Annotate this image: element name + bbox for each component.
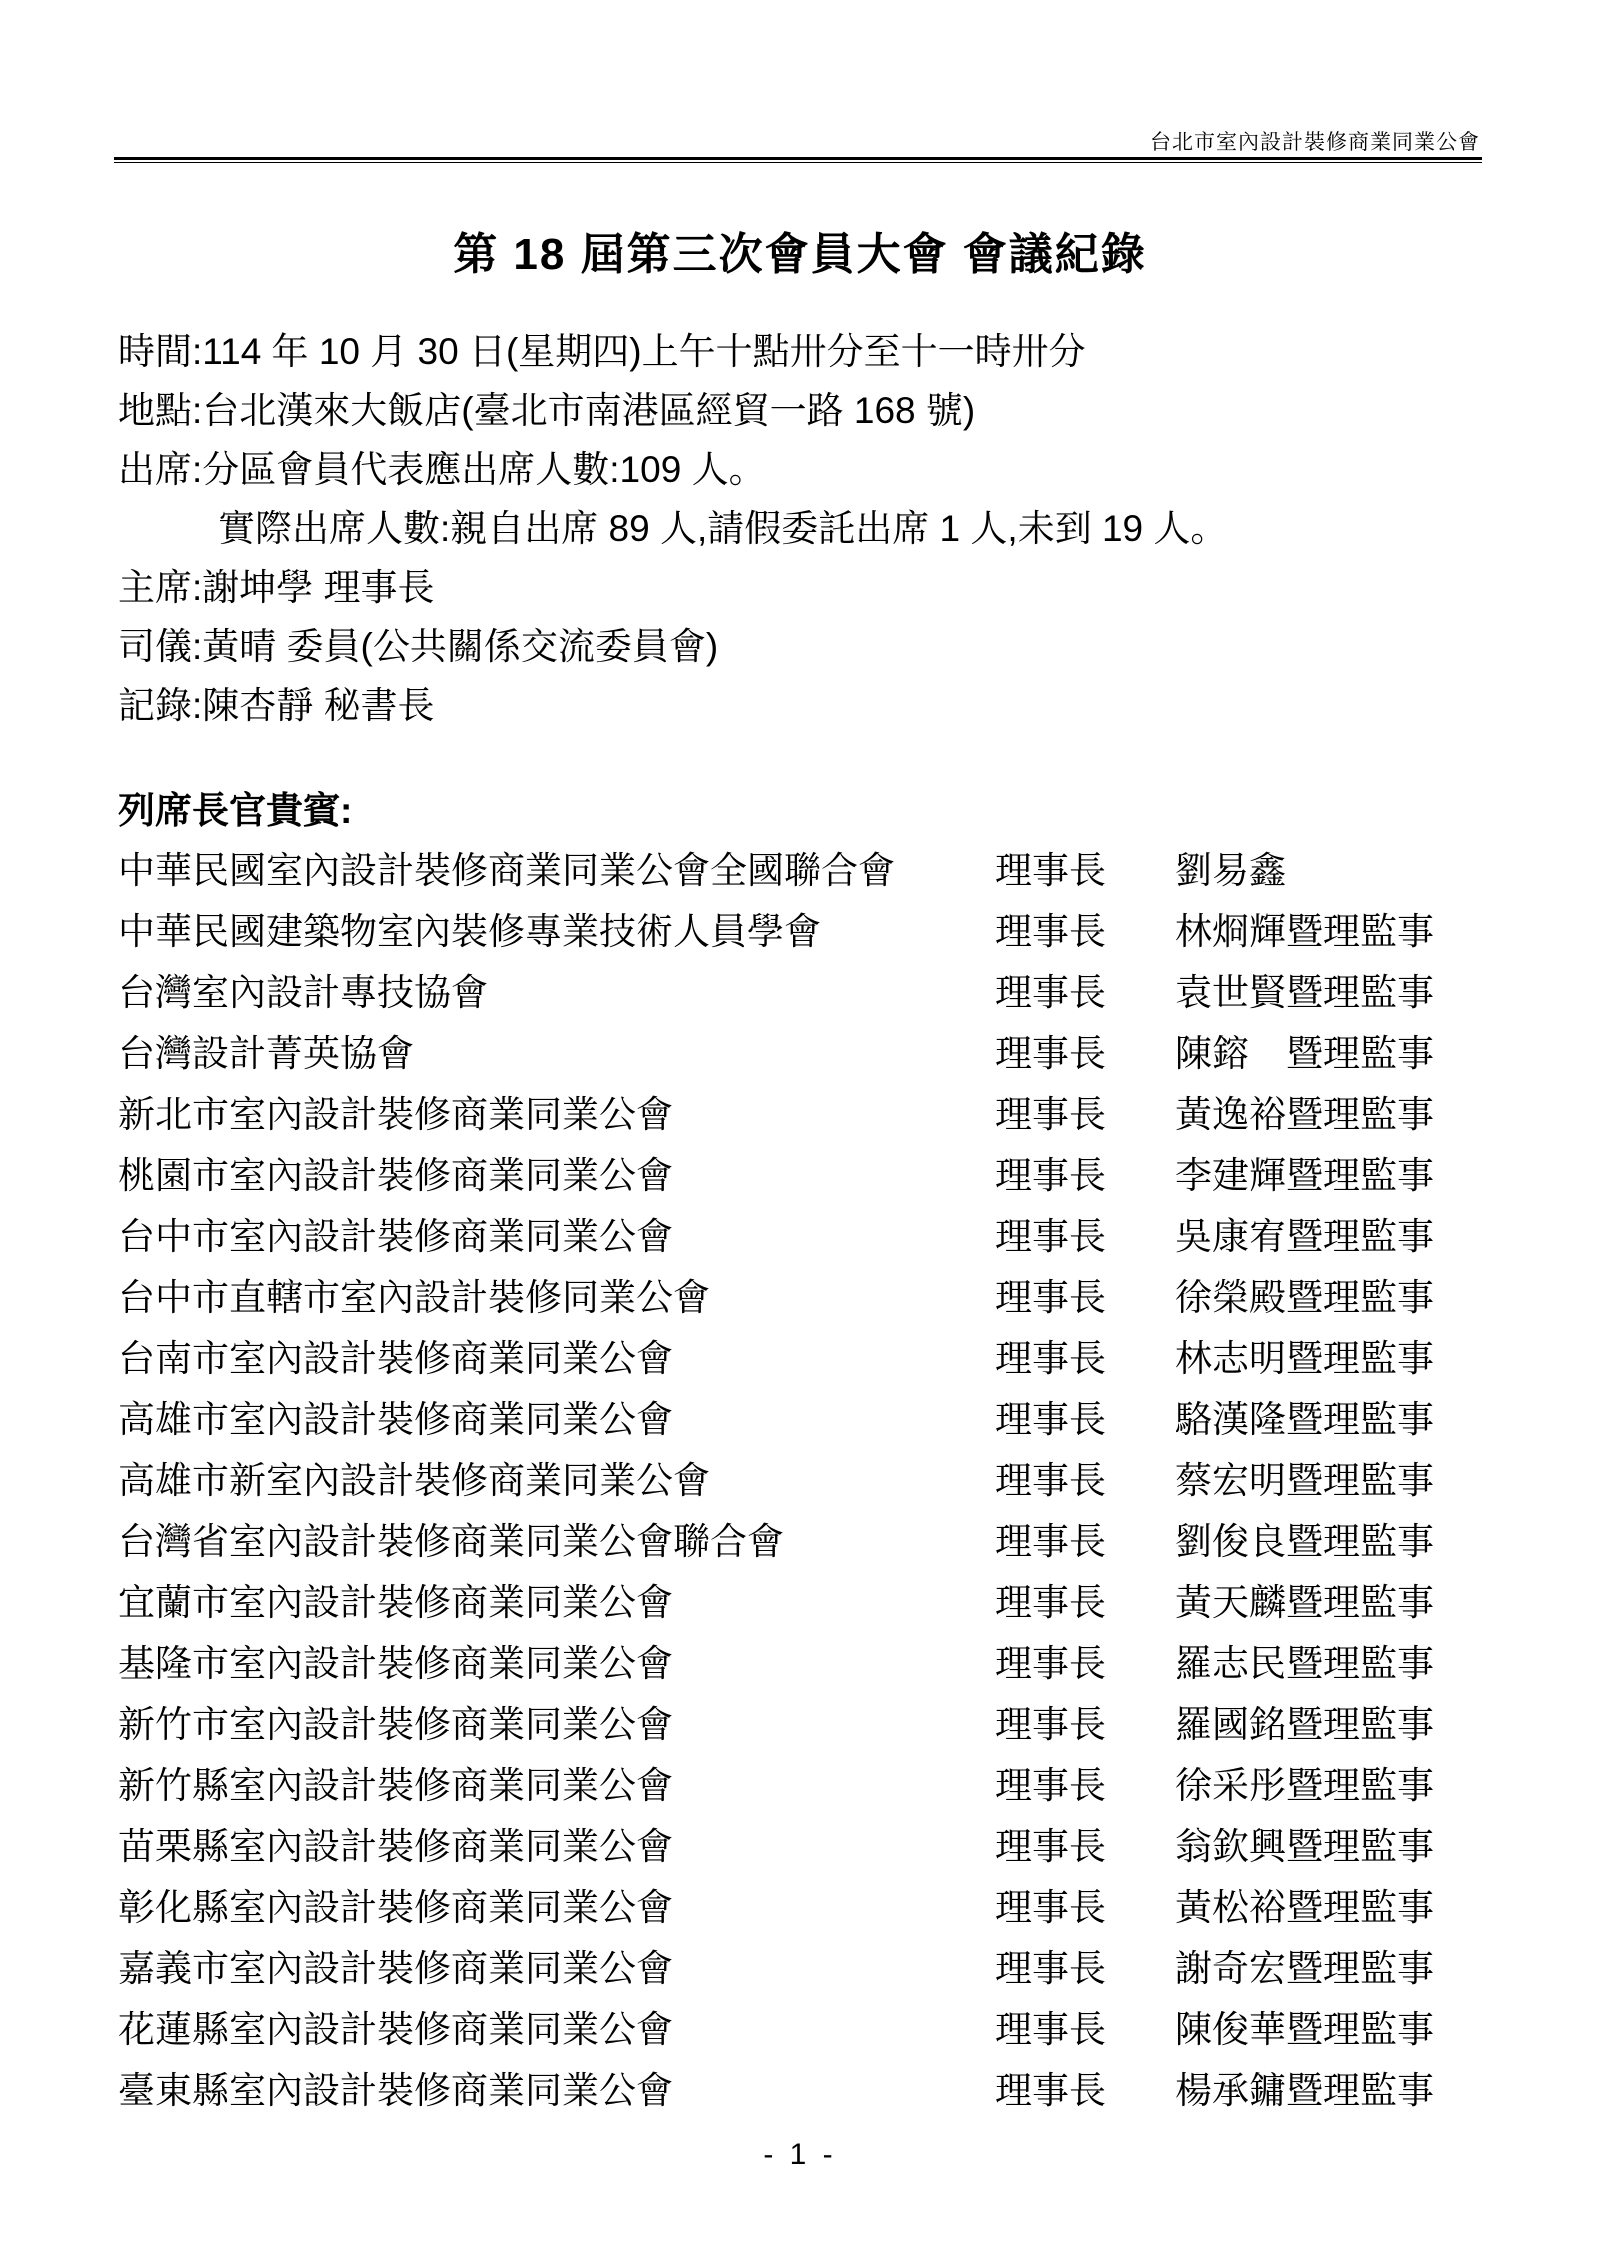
guest-title: 理事長 [995, 2060, 1175, 2121]
meeting-info-line: 時間:114 年 10 月 30 日(星期四)上午十點卅分至十一時卅分 [118, 322, 1500, 381]
guest-name: 林志明暨理監事 [1175, 1328, 1510, 1389]
guest-name: 林烱輝暨理監事 [1175, 901, 1510, 962]
guest-name: 羅國銘暨理監事 [1175, 1694, 1510, 1755]
guest-title: 理事長 [995, 962, 1175, 1023]
header-rule [114, 157, 1482, 163]
guest-row: 中華民國建築物室內裝修專業技術人員學會理事長林烱輝暨理監事 [118, 901, 1510, 962]
guest-title: 理事長 [995, 1389, 1175, 1450]
guest-organization: 台中市室內設計裝修商業同業公會 [118, 1206, 995, 1267]
guest-name: 謝奇宏暨理監事 [1175, 1938, 1510, 1999]
guest-name: 吳康宥暨理監事 [1175, 1206, 1510, 1267]
meeting-info-line: 出席:分區會員代表應出席人數:109 人。 [118, 440, 1500, 499]
guest-row: 台南市室內設計裝修商業同業公會理事長林志明暨理監事 [118, 1328, 1510, 1389]
guest-title: 理事長 [995, 840, 1175, 901]
guest-title: 理事長 [995, 1328, 1175, 1389]
guest-row: 基隆市室內設計裝修商業同業公會理事長羅志民暨理監事 [118, 1633, 1510, 1694]
guest-title: 理事長 [995, 901, 1175, 962]
guest-organization: 苗栗縣室內設計裝修商業同業公會 [118, 1816, 995, 1877]
guest-organization: 台南市室內設計裝修商業同業公會 [118, 1328, 995, 1389]
guest-organization: 新竹縣室內設計裝修商業同業公會 [118, 1755, 995, 1816]
guest-name: 李建輝暨理監事 [1175, 1145, 1510, 1206]
guest-title: 理事長 [995, 1755, 1175, 1816]
guest-name: 黃逸裕暨理監事 [1175, 1084, 1510, 1145]
guest-title: 理事長 [995, 1816, 1175, 1877]
guest-row: 中華民國室內設計裝修商業同業公會全國聯合會理事長劉易鑫 [118, 840, 1510, 901]
guest-name: 駱漢隆暨理監事 [1175, 1389, 1510, 1450]
guest-title: 理事長 [995, 1450, 1175, 1511]
guest-organization: 宜蘭市室內設計裝修商業同業公會 [118, 1572, 995, 1633]
guest-list: 中華民國室內設計裝修商業同業公會全國聯合會理事長劉易鑫中華民國建築物室內裝修專業… [118, 840, 1510, 2121]
guest-row: 嘉義市室內設計裝修商業同業公會理事長謝奇宏暨理監事 [118, 1938, 1510, 1999]
guest-organization: 臺東縣室內設計裝修商業同業公會 [118, 2060, 995, 2121]
meeting-info-line: 實際出席人數:親自出席 89 人,請假委託出席 1 人,未到 19 人。 [118, 499, 1500, 558]
guest-organization: 中華民國室內設計裝修商業同業公會全國聯合會 [118, 840, 995, 901]
guest-title: 理事長 [995, 1511, 1175, 1572]
guest-organization: 高雄市新室內設計裝修商業同業公會 [118, 1450, 995, 1511]
meeting-info-line: 司儀:黃晴 委員(公共關係交流委員會) [118, 617, 1500, 676]
guest-organization: 新竹市室內設計裝修商業同業公會 [118, 1694, 995, 1755]
guest-row: 彰化縣室內設計裝修商業同業公會理事長黃松裕暨理監事 [118, 1877, 1510, 1938]
guest-name: 黃松裕暨理監事 [1175, 1877, 1510, 1938]
guest-organization: 台灣設計菁英協會 [118, 1023, 995, 1084]
guest-organization: 中華民國建築物室內裝修專業技術人員學會 [118, 901, 995, 962]
page-title: 第 18 屆第三次會員大會 會議紀錄 [0, 218, 1600, 282]
guest-name: 楊承鏞暨理監事 [1175, 2060, 1510, 2121]
guest-row: 高雄市室內設計裝修商業同業公會理事長駱漢隆暨理監事 [118, 1389, 1510, 1450]
guest-organization: 台灣室內設計專技協會 [118, 962, 995, 1023]
document-page: 台北市室內設計裝修商業同業公會 第 18 屆第三次會員大會 會議紀錄 時間:11… [0, 0, 1600, 2263]
guest-name: 袁世賢暨理監事 [1175, 962, 1510, 1023]
guest-row: 台中市直轄市室內設計裝修同業公會理事長徐榮殿暨理監事 [118, 1267, 1510, 1328]
guest-row: 苗栗縣室內設計裝修商業同業公會理事長翁欽興暨理監事 [118, 1816, 1510, 1877]
guest-title: 理事長 [995, 1572, 1175, 1633]
guest-row: 花蓮縣室內設計裝修商業同業公會理事長陳俊華暨理監事 [118, 1999, 1510, 2060]
guest-name: 黃天麟暨理監事 [1175, 1572, 1510, 1633]
guest-name: 陳鎔 暨理監事 [1175, 1023, 1510, 1084]
guest-row: 高雄市新室內設計裝修商業同業公會理事長蔡宏明暨理監事 [118, 1450, 1510, 1511]
guest-title: 理事長 [995, 1145, 1175, 1206]
guest-title: 理事長 [995, 1633, 1175, 1694]
guest-name: 徐榮殿暨理監事 [1175, 1267, 1510, 1328]
guest-name: 劉俊良暨理監事 [1175, 1511, 1510, 1572]
meeting-info-line: 記錄:陳杏靜 秘書長 [118, 676, 1500, 735]
guest-title: 理事長 [995, 1023, 1175, 1084]
guest-title: 理事長 [995, 1267, 1175, 1328]
guest-name: 徐采彤暨理監事 [1175, 1755, 1510, 1816]
guest-organization: 桃園市室內設計裝修商業同業公會 [118, 1145, 995, 1206]
guest-row: 新竹市室內設計裝修商業同業公會理事長羅國銘暨理監事 [118, 1694, 1510, 1755]
guest-organization: 彰化縣室內設計裝修商業同業公會 [118, 1877, 995, 1938]
guest-row: 新竹縣室內設計裝修商業同業公會理事長徐采彤暨理監事 [118, 1755, 1510, 1816]
guest-organization: 基隆市室內設計裝修商業同業公會 [118, 1633, 995, 1694]
guest-title: 理事長 [995, 1938, 1175, 1999]
guest-title: 理事長 [995, 1877, 1175, 1938]
guest-organization: 新北市室內設計裝修商業同業公會 [118, 1084, 995, 1145]
guest-organization: 台灣省室內設計裝修商業同業公會聯合會 [118, 1511, 995, 1572]
meeting-info: 時間:114 年 10 月 30 日(星期四)上午十點卅分至十一時卅分地點:台北… [118, 322, 1500, 735]
meeting-info-line: 主席:謝坤學 理事長 [118, 558, 1500, 617]
meeting-info-line: 地點:台北漢來大飯店(臺北市南港區經貿一路 168 號) [118, 381, 1500, 440]
guest-title: 理事長 [995, 1694, 1175, 1755]
guest-organization: 台中市直轄市室內設計裝修同業公會 [118, 1267, 995, 1328]
guest-title: 理事長 [995, 1084, 1175, 1145]
guest-organization: 高雄市室內設計裝修商業同業公會 [118, 1389, 995, 1450]
page-number: - 1 - [0, 2138, 1600, 2172]
guest-title: 理事長 [995, 1206, 1175, 1267]
guest-organization: 花蓮縣室內設計裝修商業同業公會 [118, 1999, 995, 2060]
guest-section-heading: 列席長官貴賓: [118, 780, 352, 834]
guest-name: 蔡宏明暨理監事 [1175, 1450, 1510, 1511]
guest-row: 台中市室內設計裝修商業同業公會理事長吳康宥暨理監事 [118, 1206, 1510, 1267]
header-association-name: 台北市室內設計裝修商業同業公會 [1150, 131, 1480, 154]
guest-row: 台灣室內設計專技協會理事長袁世賢暨理監事 [118, 962, 1510, 1023]
guest-name: 翁欽興暨理監事 [1175, 1816, 1510, 1877]
guest-organization: 嘉義市室內設計裝修商業同業公會 [118, 1938, 995, 1999]
guest-name: 羅志民暨理監事 [1175, 1633, 1510, 1694]
guest-name: 劉易鑫 [1175, 840, 1510, 901]
guest-row: 桃園市室內設計裝修商業同業公會理事長李建輝暨理監事 [118, 1145, 1510, 1206]
guest-title: 理事長 [995, 1999, 1175, 2060]
guest-row: 宜蘭市室內設計裝修商業同業公會理事長黃天麟暨理監事 [118, 1572, 1510, 1633]
guest-name: 陳俊華暨理監事 [1175, 1999, 1510, 2060]
page-header: 台北市室內設計裝修商業同業公會 [118, 126, 1480, 156]
guest-row: 台灣省室內設計裝修商業同業公會聯合會理事長劉俊良暨理監事 [118, 1511, 1510, 1572]
guest-row: 臺東縣室內設計裝修商業同業公會理事長楊承鏞暨理監事 [118, 2060, 1510, 2121]
guest-row: 新北市室內設計裝修商業同業公會理事長黃逸裕暨理監事 [118, 1084, 1510, 1145]
guest-row: 台灣設計菁英協會理事長陳鎔 暨理監事 [118, 1023, 1510, 1084]
